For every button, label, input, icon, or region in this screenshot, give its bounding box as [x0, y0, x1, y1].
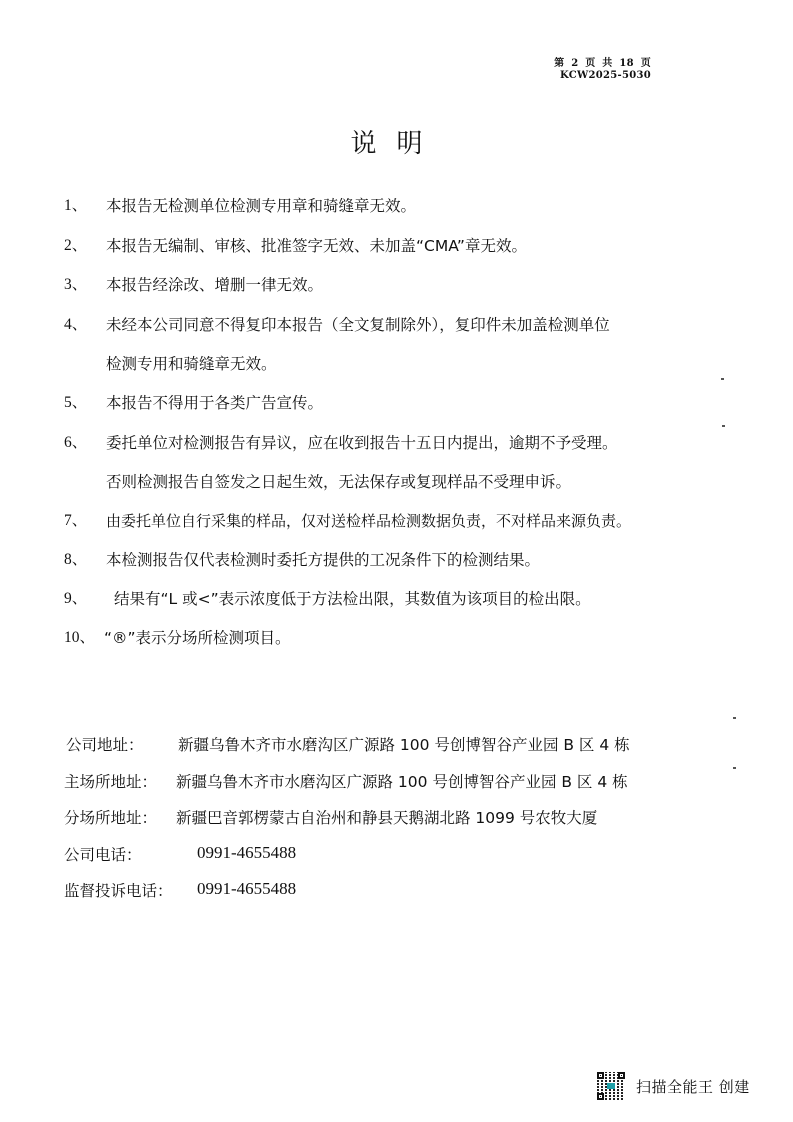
branch-site-address-row: 分场所地址： 新疆巴音郭楞蒙古自治州和静县天鹅湖北路 1099 号农牧大厦	[64, 806, 744, 826]
notes-list: 1、 本报告无检测单位检测专用章和骑缝章无效。 2、 本报告无编制、审核、批准签…	[64, 196, 744, 648]
note-text: 结果有“L 或<”表示浓度低于方法检出限，其数值为该项目的检出限。	[114, 589, 744, 609]
note-item: 5、 本报告不得用于各类广告宣传。	[64, 393, 744, 413]
page-header: 第 2 页 共 18 页 KCW2025-5030	[554, 58, 651, 82]
scan-artifact	[721, 378, 724, 380]
page-indicator: 第 2 页 共 18 页	[554, 58, 651, 70]
note-continuation: 检测专用和骑缝章无效。	[106, 354, 744, 374]
note-text: 本检测报告仅代表检测时委托方提供的工况条件下的检测结果。	[106, 550, 744, 570]
note-item: 2、 本报告无编制、审核、批准签字无效、未加盖“CMA”章无效。	[64, 236, 744, 256]
scan-artifact	[733, 767, 736, 769]
page-title: 说明	[0, 123, 793, 160]
note-item: 7、 由委托单位自行采集的样品，仅对送检样品检测数据负责，不对样品来源负责。	[64, 511, 744, 531]
branch-site-address: 新疆巴音郭楞蒙古自治州和静县天鹅湖北路 1099 号农牧大厦	[176, 806, 597, 828]
company-phone-row: 公司电话： 0991-4655488	[64, 843, 744, 863]
note-text: 由委托单位自行采集的样品，仅对送检样品检测数据负责，不对样品来源负责。	[106, 511, 744, 531]
note-item: 3、 本报告经涂改、增删一律无效。	[64, 275, 744, 295]
note-item: 9、 结果有“L 或<”表示浓度低于方法检出限，其数值为该项目的检出限。	[64, 589, 744, 609]
company-address-row: 公司地址： 新疆乌鲁木齐市水磨沟区广源路 100 号创博智谷产业园 B 区 4 …	[64, 733, 744, 753]
note-number: 1、	[64, 196, 104, 216]
note-number: 4、	[64, 315, 104, 335]
company-phone: 0991-4655488	[197, 843, 296, 863]
note-item: 10、 “®”表示分场所检测项目。	[64, 628, 744, 648]
qr-code-icon	[597, 1072, 625, 1100]
company-address-label: 公司地址：	[66, 733, 144, 755]
scan-artifact	[733, 717, 736, 719]
contact-info: 公司地址： 新疆乌鲁木齐市水磨沟区广源路 100 号创博智谷产业园 B 区 4 …	[64, 733, 744, 916]
note-text: “®”表示分场所检测项目。	[104, 628, 744, 648]
main-site-address-label: 主场所地址：	[64, 770, 157, 792]
complaint-phone-label: 监督投诉电话：	[64, 879, 173, 901]
complaint-phone-row: 监督投诉电话： 0991-4655488	[64, 879, 744, 899]
complaint-phone: 0991-4655488	[197, 879, 296, 899]
main-site-address-row: 主场所地址： 新疆乌鲁木齐市水磨沟区广源路 100 号创博智谷产业园 B 区 4…	[64, 770, 744, 790]
company-address: 新疆乌鲁木齐市水磨沟区广源路 100 号创博智谷产业园 B 区 4 栋	[178, 733, 630, 755]
note-number: 6、	[64, 433, 104, 453]
note-item: 6、 委托单位对检测报告有异议，应在收到报告十五日内提出，逾期不予受理。 否则检…	[64, 433, 744, 492]
note-number: 10、	[64, 628, 104, 648]
report-number: KCW2025-5030	[554, 70, 651, 82]
note-item: 4、 未经本公司同意不得复印本报告（全文复制除外），复印件未加盖检测单位 检测专…	[64, 315, 744, 374]
note-number: 7、	[64, 511, 104, 531]
note-number: 9、	[64, 589, 104, 609]
note-item: 8、 本检测报告仅代表检测时委托方提供的工况条件下的检测结果。	[64, 550, 744, 570]
watermark-text: 扫描全能王 创建	[636, 1076, 750, 1097]
note-text: 本报告经涂改、增删一律无效。	[106, 275, 744, 295]
note-text: 本报告无检测单位检测专用章和骑缝章无效。	[106, 196, 744, 216]
note-text: 未经本公司同意不得复印本报告（全文复制除外），复印件未加盖检测单位	[106, 315, 744, 335]
note-continuation: 否则检测报告自签发之日起生效，无法保存或复现样品不受理申诉。	[106, 472, 744, 492]
note-text: 本报告无编制、审核、批准签字无效、未加盖“CMA”章无效。	[106, 236, 744, 256]
note-number: 8、	[64, 550, 104, 570]
company-phone-label: 公司电话：	[64, 843, 142, 865]
scan-artifact	[722, 425, 725, 427]
note-text: 委托单位对检测报告有异议，应在收到报告十五日内提出，逾期不予受理。	[106, 433, 744, 453]
main-site-address: 新疆乌鲁木齐市水磨沟区广源路 100 号创博智谷产业园 B 区 4 栋	[176, 770, 628, 792]
note-number: 3、	[64, 275, 104, 295]
note-number: 5、	[64, 393, 104, 413]
note-item: 1、 本报告无检测单位检测专用章和骑缝章无效。	[64, 196, 744, 216]
note-number: 2、	[64, 236, 104, 256]
note-text: 本报告不得用于各类广告宣传。	[106, 393, 744, 413]
scanner-watermark: 扫描全能王 创建	[597, 1072, 750, 1100]
branch-site-address-label: 分场所地址：	[64, 806, 157, 828]
